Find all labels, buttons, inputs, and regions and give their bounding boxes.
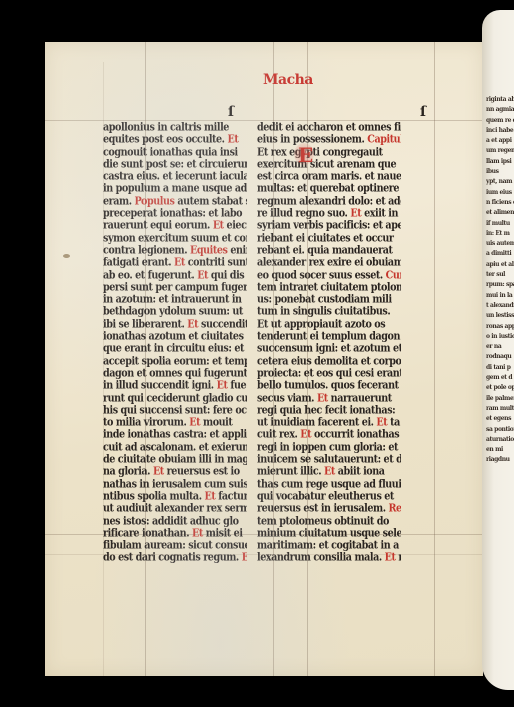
text-line: inci habe <box>486 126 514 136</box>
ruling-line <box>434 42 435 676</box>
text-line: t alexandr <box>486 301 514 311</box>
text-line: ium eius <box>486 188 514 198</box>
text-line: mui in la <box>486 291 514 301</box>
text-line: do est dari cognatis regum. Et <box>103 551 247 564</box>
text-line: nn agmia <box>486 105 514 115</box>
ascender-flourish: ſ <box>420 104 426 120</box>
text-line: sa pontion <box>486 425 514 435</box>
manuscript-leaf: Macha ſ ſ apollonius in caltris mille eq… <box>45 42 483 676</box>
text-line: ronas appo <box>486 322 514 332</box>
text-column-left: apollonius in caltris mille equites post… <box>103 122 247 565</box>
text-line: ibus <box>486 167 514 177</box>
text-line: n ficiens et <box>486 198 514 208</box>
text-line: uis autem <box>486 239 514 249</box>
text-line: gem et d <box>486 373 514 383</box>
text-line: ram multa <box>486 404 514 414</box>
facing-page-text: riginta ab nn agmia quem re dix inci hab… <box>486 95 514 466</box>
ruling-line <box>45 120 483 121</box>
text-line: un lestissi <box>486 311 514 321</box>
text-line: apiu et alit <box>486 260 514 270</box>
text-line: et alimen <box>486 208 514 218</box>
text-line: llam ipsi <box>486 157 514 167</box>
text-line: di tani p <box>486 363 514 373</box>
text-line: if multu <box>486 219 514 229</box>
text-line: en mi <box>486 445 514 455</box>
text-line: a et appi <box>486 136 514 146</box>
decorated-initial-letter: E <box>298 143 313 167</box>
text-line: ter sul <box>486 270 514 280</box>
text-line: er na <box>486 342 514 352</box>
text-line: lexandrum consilia mala. Et mi <box>257 551 401 564</box>
text-line: aturnatio <box>486 435 514 445</box>
text-line: quem re dix <box>486 116 514 126</box>
text-line: et pole opi <box>486 383 514 393</box>
running-head: Macha <box>263 72 313 88</box>
text-line: o in iustic <box>486 332 514 342</box>
text-line: ile palmen <box>486 394 514 404</box>
text-line: rodnaqu <box>486 352 514 362</box>
text-line: a dimitti <box>486 249 514 259</box>
text-line: riginta ab <box>486 95 514 105</box>
text-line: rpum: spai <box>486 280 514 290</box>
text-line: ypt, nam <box>486 177 514 187</box>
text-column-right: dedit ei accharon et omnes fines eius in… <box>257 122 401 565</box>
text-line: et egens <box>486 414 514 424</box>
ascender-flourish: ſ <box>228 104 234 120</box>
text-line: um regem nu <box>486 146 514 156</box>
text-line: riagdnu <box>486 455 514 465</box>
text-line: in: Et m <box>486 229 514 239</box>
stain-mark <box>63 254 70 258</box>
